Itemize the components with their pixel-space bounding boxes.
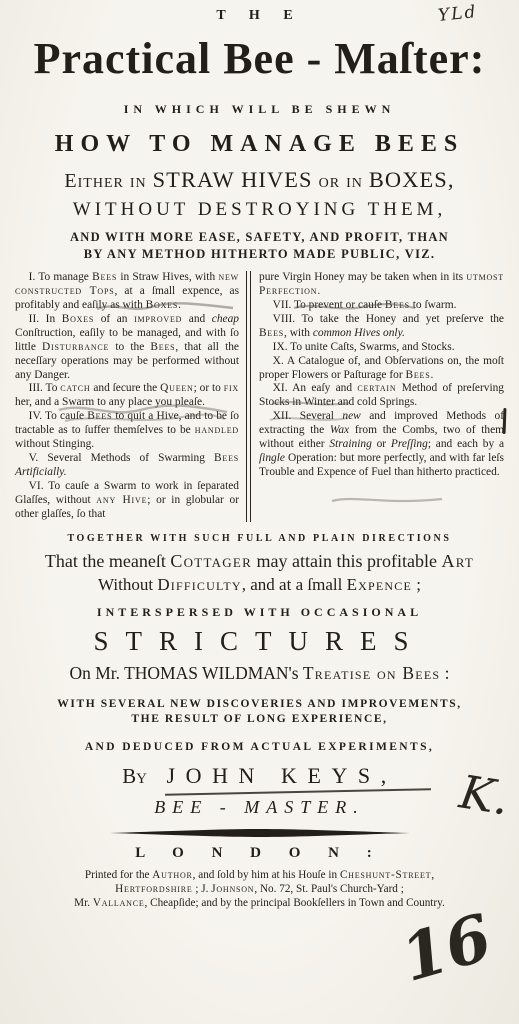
text-segment: That the meaneſt (45, 551, 170, 571)
text-segment: ; and each by a (428, 438, 504, 450)
experience-line: THE RESULT OF LONG EXPERIENCE, (0, 713, 519, 725)
text-segment: to ſwarm. (410, 299, 457, 311)
text-segment: Wax (330, 424, 349, 436)
text-segment: Boxes (62, 313, 94, 325)
text-segment: : (440, 663, 449, 683)
author-role: BEE - MASTER. (0, 797, 519, 818)
text-segment: Preſſing (391, 438, 428, 450)
text-segment: Treatise on Bees (303, 663, 440, 683)
contents-item-8: VIII. To take the Honey and yet preſerve… (259, 313, 504, 341)
text-segment: Johnson (211, 883, 254, 895)
text-segment: Bees (87, 410, 112, 422)
strictures-heading: STRICTURES (0, 626, 519, 657)
text-segment: fix (224, 382, 239, 394)
contents-item-4: IV. To cauſe Bees to quit a Hive, and to… (15, 410, 239, 452)
handwritten-shelfmark: YLd (437, 2, 478, 26)
text-segment: Difficulty (157, 575, 241, 594)
text-segment: Queen (160, 382, 194, 394)
contents-item-1: I. To manage Bees in Straw Hives, with n… (15, 271, 239, 313)
author-byline: By JOHN KEYS, (0, 763, 519, 789)
contents-item-6-continued: pure Virgin Honey may be taken when in i… (259, 271, 504, 299)
text-segment: II. In (29, 313, 62, 325)
text-segment: in Straw Hives, with (117, 271, 218, 283)
imprint-line-1: Printed for the Author, and ſold by him … (0, 868, 519, 882)
text-segment: . (178, 299, 181, 311)
text-segment: IX. To unite Caſts, Swarms, and Stocks. (273, 341, 455, 353)
discoveries-line: WITH SEVERAL NEW DISCOVERIES AND IMPROVE… (0, 698, 519, 710)
text-segment: , and at a ſmall (242, 575, 347, 594)
text-segment: . (317, 285, 320, 297)
text-segment: Cheshunt-Street (340, 869, 431, 881)
text-segment: Bees (214, 452, 239, 464)
text-segment: Hertfordshire (115, 883, 192, 895)
contents-left-column: I. To manage Bees in Straw Hives, with n… (15, 271, 244, 521)
text-segment: or (372, 438, 391, 450)
without-destroying-line: WITHOUT DESTROYING THEM, (0, 199, 519, 221)
text-segment: Straining (329, 438, 371, 450)
text-segment: ; (412, 575, 421, 594)
text-segment: certain (357, 382, 396, 394)
subtitle-intro: IN WHICH WILL BE SHEWN (0, 102, 519, 117)
method-public-line: BY ANY METHOD HITHERTO MADE PUBLIC, VIZ. (0, 247, 519, 262)
text-segment: Boxes (146, 299, 178, 311)
text-segment: handled (195, 424, 239, 436)
text-segment: , Cheapſide; and by the principal Bookſe… (145, 897, 445, 909)
contents-item-3: III. To catch and ſecure the Queen; or t… (15, 382, 239, 410)
text-segment: or in (313, 170, 369, 192)
text-segment: Expence (347, 575, 412, 594)
text-segment: Either in (64, 170, 152, 192)
imprint-city: L O N D O N : (0, 845, 519, 862)
contents-item-6: VI. To cauſe a Swarm to work in ſeparate… (15, 480, 239, 522)
swelled-rule (0, 828, 519, 838)
text-segment: V. Several Methods of Swarming (29, 452, 214, 464)
text-segment: Disturbance (42, 341, 109, 353)
contents-item-7: VII. To prevent or cauſe Bees to ſwarm. (259, 299, 504, 313)
cottager-line: That the meaneſt Cottager may attain thi… (0, 551, 519, 572)
text-segment: , with (284, 327, 313, 339)
text-segment: ; or to (194, 382, 224, 394)
text-segment: XII. Several (273, 410, 343, 422)
text-segment: Author (152, 869, 192, 881)
text-segment: Operation: but more perfectly, and with … (259, 452, 504, 478)
text-segment: JOHN KEYS, (167, 763, 397, 788)
handwritten-initial: K. (456, 764, 513, 825)
contents-item-2: II. In Boxes of an improved and cheap Co… (15, 313, 239, 383)
handwritten-number: 16 (393, 900, 499, 997)
imprint-line-3: Mr. Vallance, Cheapſide; and by the prin… (0, 896, 519, 910)
title-page: YLd T H E Practical Bee - Maſter: IN WHI… (0, 0, 519, 1024)
contents-item-10: X. A Catalogue of, and Obſervations on, … (259, 355, 504, 383)
text-segment: to the (109, 341, 150, 353)
contents-item-5: V. Several Methods of Swarming Bees Arti… (15, 452, 239, 480)
text-segment: her, and a Swarm to any place you pleaſe… (15, 396, 205, 408)
hives-or-boxes-line: Either in STRAW HIVES or in BOXES, (0, 167, 519, 193)
ease-safety-profit-line: AND WITH MORE EASE, SAFETY, AND PROFIT, … (0, 230, 519, 245)
text-segment: pure Virgin Honey may be taken when in i… (259, 271, 466, 283)
text-segment: may attain this profitable (252, 551, 441, 571)
text-segment: and ſecure the (90, 382, 160, 394)
difficulty-expence-line: Without Difficulty, and at a ſmall Expen… (0, 575, 519, 595)
imprint-line-2: Hertfordshire ; J. Johnson, No. 72, St. … (0, 882, 519, 896)
text-segment: . (430, 369, 433, 381)
text-segment: By (122, 764, 147, 788)
contents-columns: I. To manage Bees in Straw Hives, with n… (0, 271, 519, 521)
text-segment: III. To (29, 382, 61, 394)
text-segment: VII. To prevent or cauſe (273, 299, 385, 311)
text-segment: BOXES, (369, 167, 455, 192)
text-segment: Art (441, 551, 474, 571)
contents-item-11: XI. An eaſy and certain Method of preſer… (259, 382, 504, 410)
experiments-line: AND DEDUCED FROM ACTUAL EXPERIMENTS, (0, 741, 519, 753)
subject-line: HOW TO MANAGE BEES (0, 131, 519, 158)
text-segment: common Hives only. (313, 327, 405, 339)
text-segment: X. A Catalogue of, and Obſervations on, … (259, 355, 504, 381)
text-segment: XI. An eaſy and (273, 382, 358, 394)
text-segment: , No. 72, St. Paul's Church-Yard ; (254, 883, 403, 895)
text-segment: and (182, 313, 212, 325)
text-segment: of an (94, 313, 134, 325)
text-segment: Vallance (93, 897, 145, 909)
text-segment: Printed for the (85, 869, 152, 881)
text-segment: Bees (405, 369, 430, 381)
contents-item-9: IX. To unite Caſts, Swarms, and Stocks. (259, 341, 504, 355)
text-segment: , and ſold by him at his Houſe in (193, 869, 340, 881)
text-segment: Bees (259, 327, 284, 339)
text-segment (147, 763, 153, 788)
imprint-block: Printed for the Author, and ſold by him … (0, 868, 519, 910)
wildman-treatise-line: On Mr. THOMAS WILDMAN's Treatise on Bees… (0, 663, 519, 684)
text-segment: Bees (385, 299, 410, 311)
interspersed-line: INTERSPERSED WITH OCCASIONAL (0, 605, 519, 620)
text-segment: catch (60, 382, 90, 394)
text-segment: STRAW HIVES (153, 167, 313, 192)
column-divider-rule (246, 271, 251, 521)
text-segment: Cottager (170, 551, 252, 571)
contents-right-column: pure Virgin Honey may be taken when in i… (253, 271, 504, 521)
text-segment: IV. To cauſe (29, 410, 88, 422)
swelled-rule-shape (110, 828, 410, 838)
text-segment: without Stinging. (15, 438, 94, 450)
text-segment: Bees (92, 271, 117, 283)
text-segment: Without (98, 575, 157, 594)
text-segment: Artificially. (15, 466, 67, 478)
text-segment: cheap (212, 313, 239, 325)
main-title: Practical Bee - Maſter: (0, 36, 519, 82)
text-segment: new (342, 410, 360, 422)
text-segment: , (431, 869, 434, 881)
text-segment: I. To manage (29, 271, 92, 283)
text-segment: On Mr. THOMAS WILDMAN's (69, 663, 302, 683)
contents-item-12: XII. Several new and improved Methods of… (259, 410, 504, 480)
together-directions-line: TOGETHER WITH SUCH FULL AND PLAIN DIRECT… (0, 533, 519, 544)
text-segment: improved (134, 313, 182, 325)
text-segment: VIII. To take the Honey and yet preſerve… (273, 313, 504, 325)
text-segment: any Hive (96, 494, 147, 506)
text-segment: Mr. (74, 897, 93, 909)
text-segment: Bees (150, 341, 175, 353)
text-segment: ; J. (193, 883, 212, 895)
text-segment: ſingle (259, 452, 285, 464)
